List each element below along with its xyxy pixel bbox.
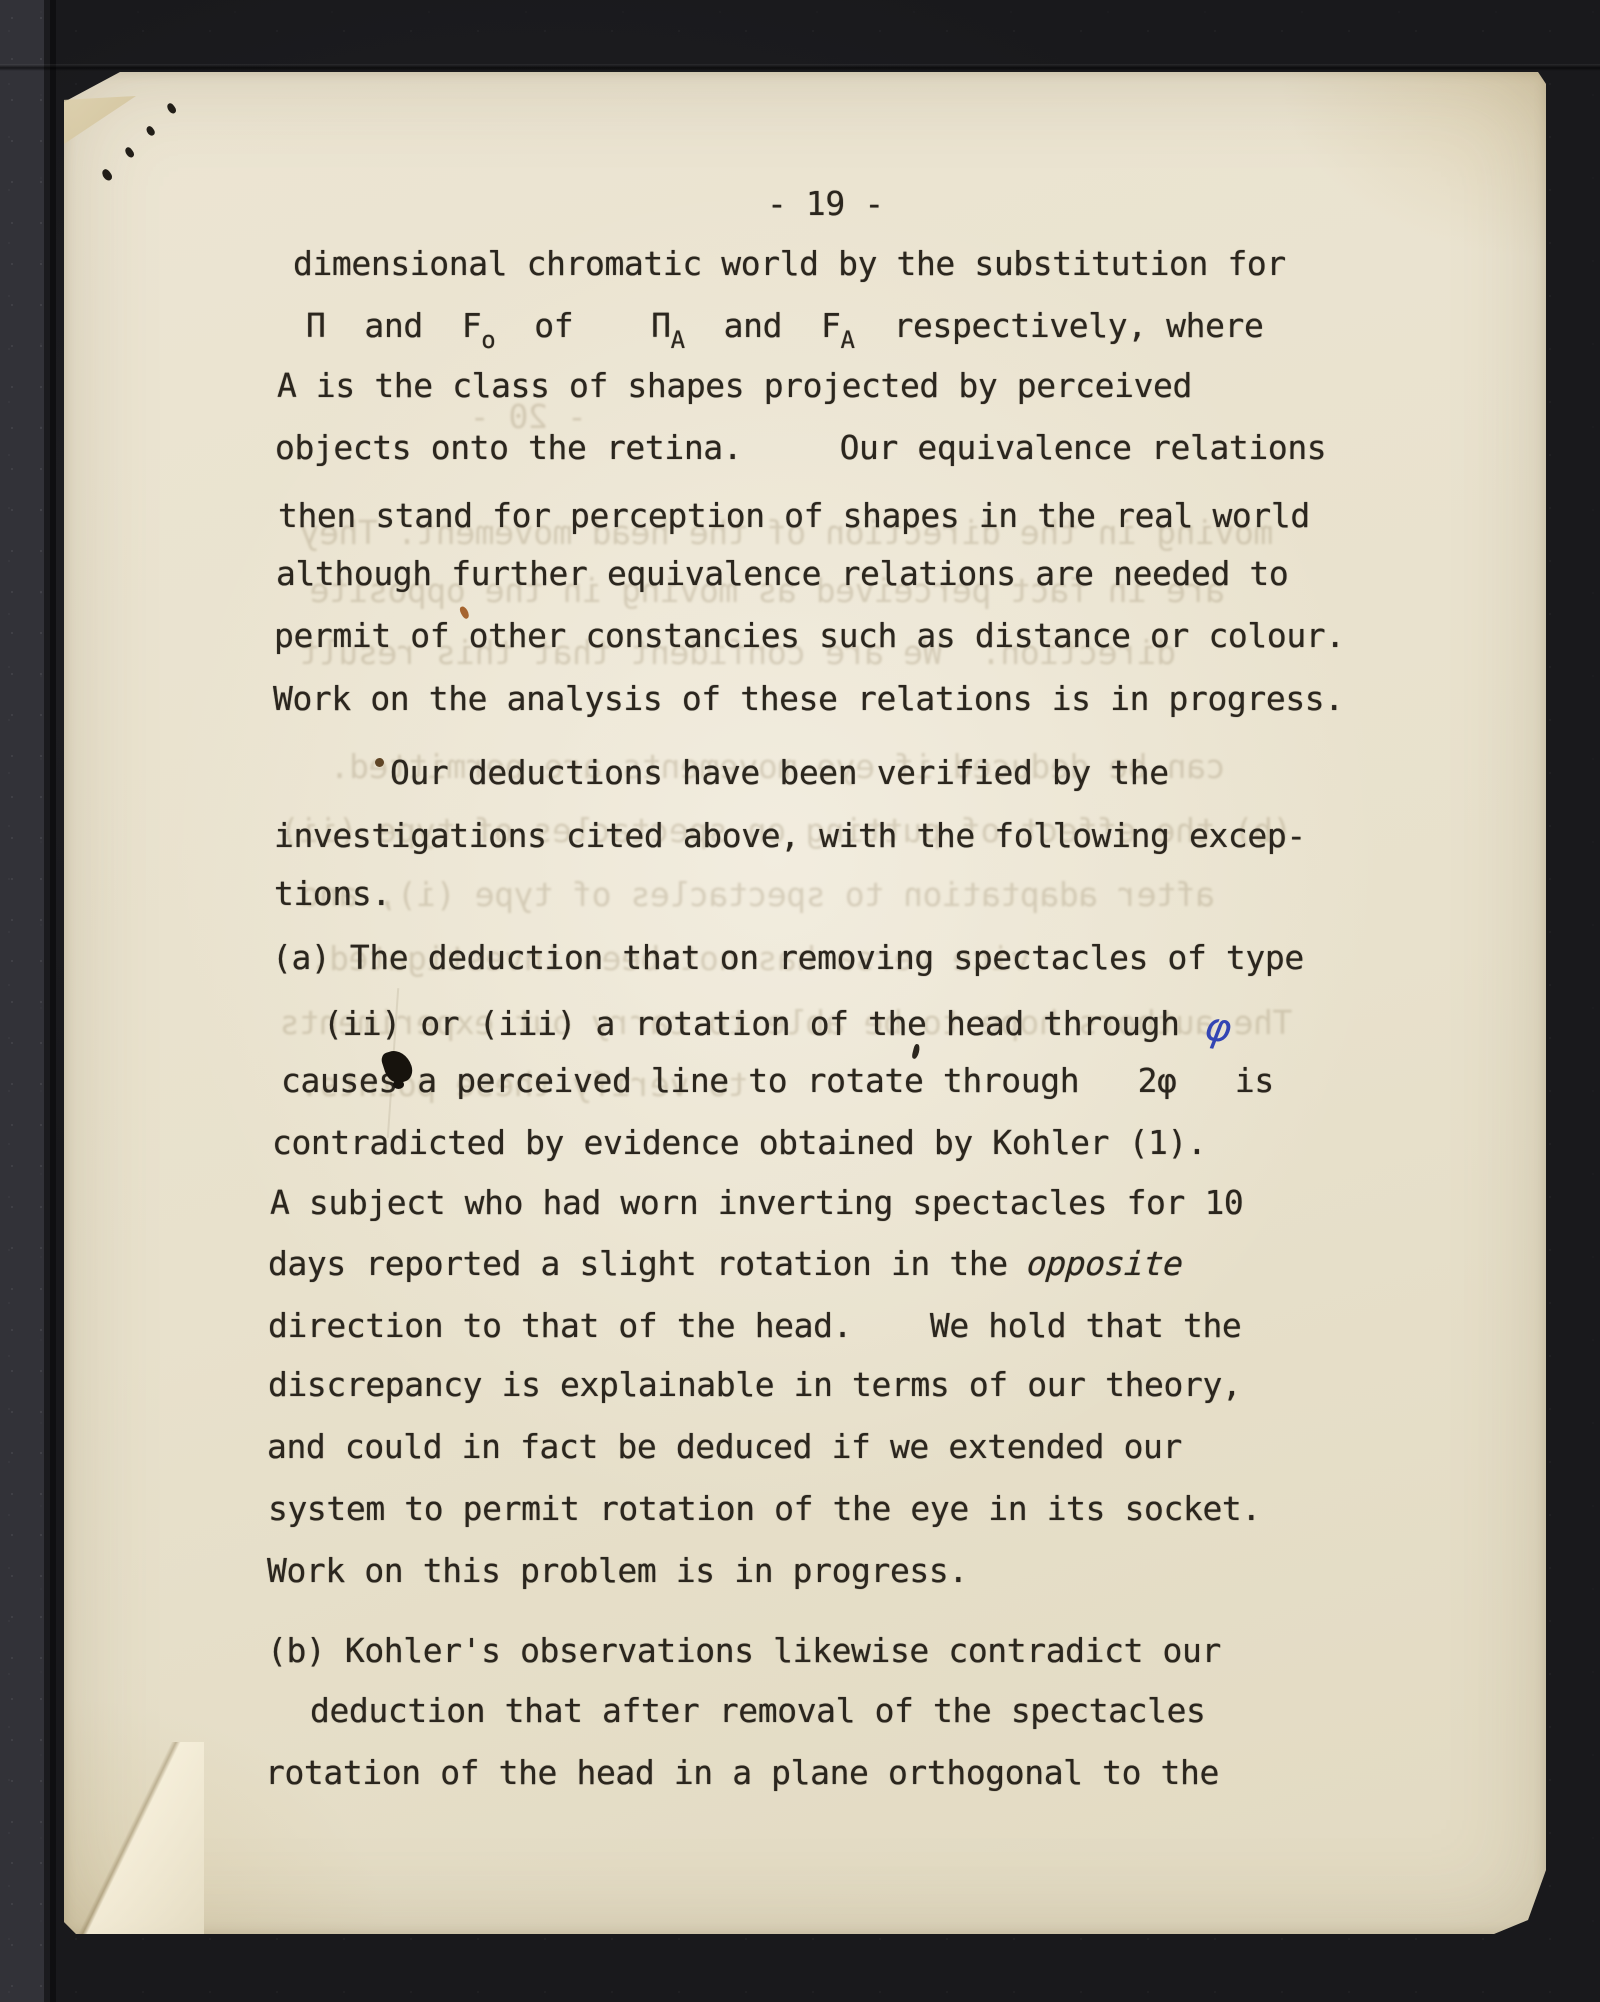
bleedthrough-line: after adaptation to spectacles of type (…: [300, 878, 1215, 911]
typed-text: then stand for perception of shapes in t…: [278, 496, 1310, 535]
typed-text: A: [671, 326, 685, 354]
mat-seam-line: [0, 64, 1600, 71]
typed-text: o: [481, 326, 495, 354]
typed-text: A subject who had worn inverting spectac…: [270, 1183, 1243, 1222]
typewritten-line: A is the class of shapes projected by pe…: [277, 369, 1192, 402]
typed-text: although further equivalence relations a…: [276, 554, 1288, 593]
typewritten-line: then stand for perception of shapes in t…: [278, 499, 1310, 532]
typewritten-line: and could in fact be deduced if we exten…: [267, 1430, 1182, 1463]
typewritten-line: days reported a slight rotation in the o…: [268, 1247, 1183, 1280]
typewritten-line: system to permit rotation of the eye in …: [268, 1492, 1261, 1525]
typed-text: system to permit rotation of the eye in …: [268, 1489, 1261, 1528]
typewritten-line: causes a perceived line to rotate throug…: [281, 1064, 1274, 1097]
typed-text: objects onto the retina. Our equivalence…: [275, 428, 1326, 467]
typewritten-line: direction to that of the head. We hold t…: [268, 1309, 1241, 1342]
typewritten-line: Our deductions have been verified by the: [390, 756, 1169, 789]
typed-text: (a) The deduction that on removing spect…: [272, 938, 1304, 977]
typed-text: contradicted by evidence obtained by Koh…: [272, 1123, 1206, 1162]
typewritten-line: dimensional chromatic world by the subst…: [293, 247, 1286, 280]
typed-text: direction to that of the head. We hold t…: [268, 1306, 1241, 1345]
typewritten-line: Work on the analysis of these relations …: [273, 682, 1344, 715]
typed-text: Our deductions have been verified by the: [390, 753, 1169, 792]
typewritten-line: tions.: [274, 877, 391, 910]
typewritten-line: Work on this problem is in progress.: [267, 1554, 968, 1587]
paper-bottom-fold: [64, 1742, 204, 1934]
typed-text: A is the class of shapes projected by pe…: [277, 366, 1192, 405]
typed-text: and could in fact be deduced if we exten…: [267, 1427, 1182, 1466]
typed-text: (b) Kohler's observations likewise contr…: [267, 1631, 1221, 1670]
typed-text: tions.: [274, 874, 391, 913]
mat-left-board: [0, 0, 56, 2002]
ink-blot: [393, 1080, 404, 1089]
typewritten-line: Π and Fo of ΠA and FA respectively, wher…: [306, 309, 1263, 352]
typed-text: permit of other constancies such as dist…: [274, 616, 1345, 655]
page-number: - 19 -: [767, 187, 884, 220]
typewritten-line: (b) Kohler's observations likewise contr…: [267, 1634, 1221, 1667]
typed-text: A: [841, 326, 855, 354]
typewritten-line: investigations cited above, with the fol…: [274, 819, 1306, 852]
typed-text: Π and F: [306, 306, 481, 345]
brown-speck: [375, 758, 384, 767]
typed-text: causes a perceived line to rotate throug…: [281, 1061, 1274, 1100]
typed-text: (ii) or (iii) a rotation of the head thr…: [323, 1004, 1180, 1043]
typed-text: Work on the analysis of these relations …: [273, 679, 1344, 718]
typed-text: discrepancy is explainable in terms of o…: [268, 1365, 1241, 1404]
typed-text: rotation of the head in a plane orthogon…: [265, 1753, 1219, 1792]
typewritten-line: permit of other constancies such as dist…: [274, 619, 1345, 652]
typewritten-line: discrepancy is explainable in terms of o…: [268, 1368, 1241, 1401]
typed-text: of Π: [495, 306, 670, 345]
typewritten-line: objects onto the retina. Our equivalence…: [275, 431, 1326, 464]
typewritten-line: (ii) or (iii) a rotation of the head thr…: [323, 1002, 1232, 1042]
typewritten-line: contradicted by evidence obtained by Koh…: [272, 1126, 1206, 1159]
photo-scan: - 20 -moving in the direction of the hea…: [0, 0, 1600, 2002]
typewritten-line: deduction that after removal of the spec…: [310, 1694, 1206, 1727]
typed-text: respectively, where: [855, 306, 1264, 345]
typed-text: Work on this problem is in progress.: [267, 1551, 968, 1590]
typed-text: days reported a slight rotation in the: [268, 1244, 1027, 1283]
typewritten-line: A subject who had worn inverting spectac…: [270, 1186, 1243, 1219]
typed-text: and F: [685, 306, 841, 345]
typewritten-line: although further equivalence relations a…: [276, 557, 1288, 590]
typewritten-line: (a) The deduction that on removing spect…: [272, 941, 1304, 974]
typed-text: deduction that after removal of the spec…: [310, 1691, 1206, 1730]
typewritten-line: rotation of the head in a plane orthogon…: [265, 1756, 1219, 1789]
typed-text: investigations cited above, with the fol…: [274, 816, 1306, 855]
typed-text: opposite: [1026, 1247, 1184, 1280]
typed-text: dimensional chromatic world by the subst…: [293, 244, 1286, 283]
